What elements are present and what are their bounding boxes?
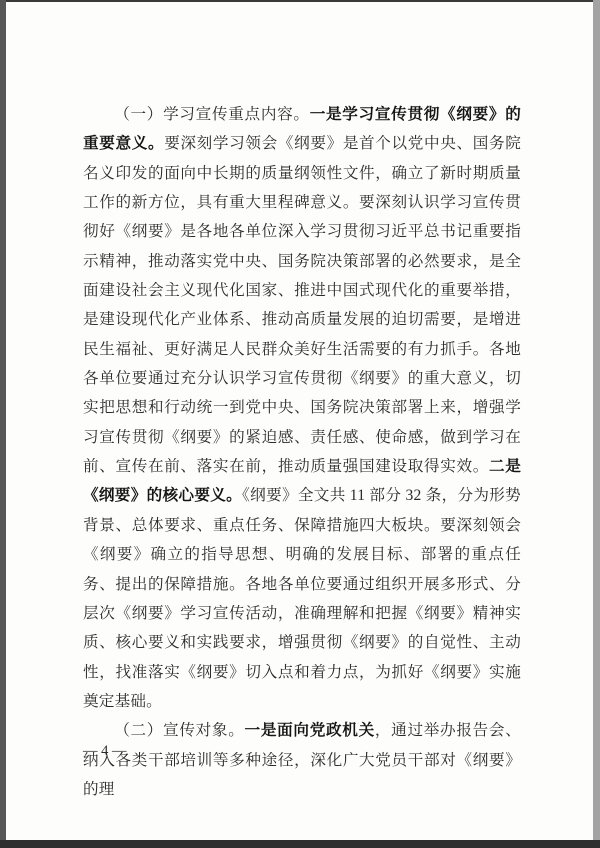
emphasis-run: 一是面向党政机关 [245,722,375,739]
section-heading-2: （二）宣传对象。 [114,722,244,739]
body-text-run: 《纲要》全文共 11 部分 32 条，分为形势背景、总体要求、重点任务、保障措施… [83,487,521,709]
scan-edge-right [593,0,600,848]
scan-edge-left [0,0,6,848]
paragraph-target-audience: （二）宣传对象。一是面向党政机关，通过举办报告会、纳入各类干部培训等多种途径，深… [83,716,521,804]
page-number: — 4 — [83,740,127,762]
document-body: （一）学习宣传重点内容。一是学习宣传贯彻《纲要》的重要意义。要深刻学习领会《纲要… [83,100,521,804]
scan-edge-top [0,0,600,2]
scanned-document-page: （一）学习宣传重点内容。一是学习宣传贯彻《纲要》的重要意义。要深刻学习领会《纲要… [0,0,600,848]
body-text-run: 要深刻学习领会《纲要》是首个以党中央、国务院名义印发的面向中长期的质量纲领性文件… [83,135,521,475]
paragraph-learning-content: （一）学习宣传重点内容。一是学习宣传贯彻《纲要》的重要意义。要深刻学习领会《纲要… [83,100,521,716]
scan-edge-bottom [0,840,600,848]
section-heading-1: （一）学习宣传重点内容。 [114,106,310,123]
